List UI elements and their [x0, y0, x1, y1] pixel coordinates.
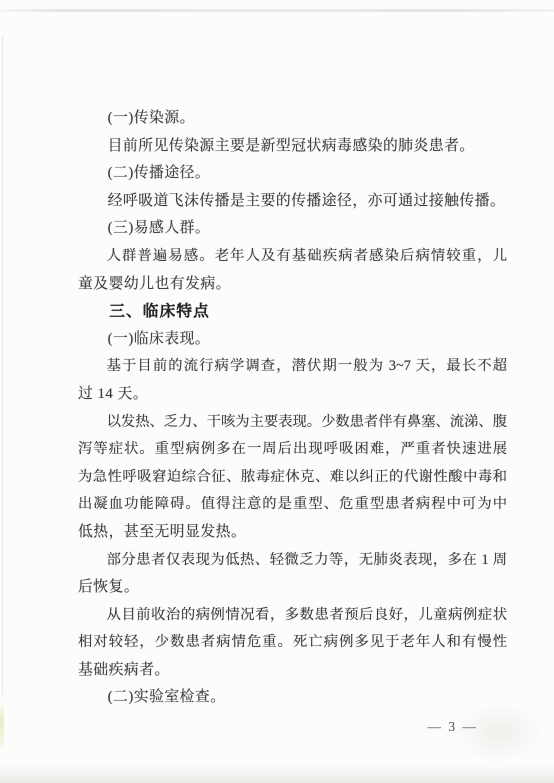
body-line: 目前所见传染源主要是新型冠状病毒感染的肺炎患者。	[78, 133, 507, 161]
body-line: 泻等症状。重型病例多在一周后出现呼吸困难，严重者快速进展	[78, 436, 507, 464]
subsection-heading-infection-source: (一)传染源。	[78, 105, 507, 133]
body-line: 从目前收治的病例情况看，多数患者预后良好，儿童病例症状	[78, 602, 507, 630]
body-line: 后恢复。	[78, 574, 507, 602]
body-line: 人群普遍易感。老年人及有基础疾病者感染后病情较重，儿	[78, 243, 507, 271]
body-line: 以发热、乏力、干咳为主要表现。少数患者伴有鼻塞、流涕、腹	[78, 409, 507, 437]
subsection-heading-transmission-route: (二)传播途径。	[78, 160, 507, 188]
scan-artifact-bottom-edge	[0, 765, 554, 783]
body-line: 基于目前的流行病学调查，潜伏期一般为 3~7 天，最长不超	[78, 353, 507, 381]
page-number: — 3 —	[78, 713, 507, 741]
body-line: 基础疾病者。	[78, 657, 507, 685]
body-line: 部分患者仅表现为低热、轻微乏力等，无肺炎表现，多在 1 周	[78, 547, 507, 575]
subsection-heading-clinical-manifestation: (一)临床表现。	[78, 326, 507, 354]
scan-artifact-left-edge	[2, 35, 3, 695]
document-text-block: (一)传染源。 目前所见传染源主要是新型冠状病毒感染的肺炎患者。 (二)传播途径…	[78, 105, 507, 741]
section-heading-clinical-features: 三、临床特点	[78, 298, 507, 326]
body-line: 出凝血功能障碍。值得注意的是重型、危重型患者病程中可为中	[78, 491, 507, 519]
body-line: 相对较轻，少数患者病情危重。死亡病例多见于老年人和有慢性	[78, 629, 507, 657]
body-line: 低热，甚至无明显发热。	[78, 519, 507, 547]
body-line: 过 14 天。	[78, 381, 507, 409]
scanned-document-page: (一)传染源。 目前所见传染源主要是新型冠状病毒感染的肺炎患者。 (二)传播途径…	[0, 0, 554, 783]
body-line: 经呼吸道飞沫传播是主要的传播途径，亦可通过接触传播。	[78, 188, 507, 216]
subsection-heading-susceptible-groups: (三)易感人群。	[78, 215, 507, 243]
subsection-heading-laboratory-tests: (二)实验室检查。	[78, 684, 507, 712]
scan-artifact-top-edge	[0, 9, 554, 12]
body-line: 为急性呼吸窘迫综合征、脓毒症休克、难以纠正的代谢性酸中毒和	[78, 464, 507, 492]
scan-artifact-left-streak	[0, 703, 4, 749]
body-line: 童及婴幼儿也有发病。	[78, 271, 507, 299]
